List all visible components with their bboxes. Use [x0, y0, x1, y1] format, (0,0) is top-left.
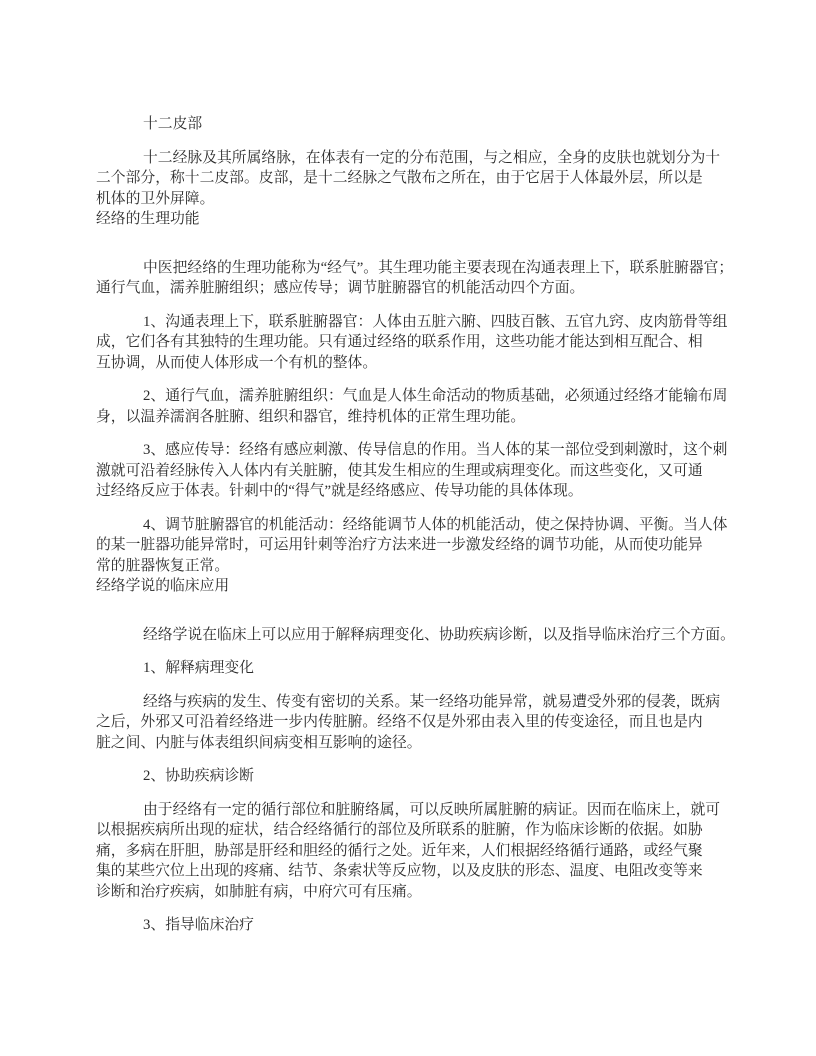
text-line: 以根据疾病所出现的症状，结合经络循行的部位及所联系的脏腑，作为临床诊断的依据。如… — [96, 820, 720, 841]
paragraph: 2、通行气血，濡养脏腑组织：气血是人体生命活动的物质基础，必须通过经络才能输布周… — [96, 386, 720, 427]
paragraph: 中医把经络的生理功能称为“经气”。其生理功能主要表现在沟通表理上下，联系脏腑器官… — [96, 258, 720, 299]
text-line: 由于经络有一定的循行部位和脏腑络属，可以反映所属脏腑的病证。因而在临床上，就可 — [96, 800, 720, 821]
text-line: 十二皮部 — [96, 114, 720, 135]
text-line: 经络的生理功能 — [96, 209, 720, 230]
text-line: 中医把经络的生理功能称为“经气”。其生理功能主要表现在沟通表理上下，联系脏腑器官… — [96, 258, 720, 279]
text-line: 的某一脏器功能异常时，可运用针刺等治疗方法来进一步激发经络的调节功能，从而使功能… — [96, 535, 720, 556]
section-heading: 经络学说的临床应用 — [96, 576, 720, 597]
text-line: 经络学说的临床应用 — [96, 576, 720, 597]
text-line: 互协调，从而使人体形成一个有机的整体。 — [96, 353, 720, 374]
text-line: 1、解释病理变化 — [96, 658, 720, 679]
paragraph: 3、指导临床治疗 — [96, 915, 720, 936]
text-line: 激就可沿着经脉传入人体内有关脏腑，使其发生相应的生理或病理变化。而这些变化，又可… — [96, 461, 720, 482]
text-line: 二个部分，称十二皮部。皮部，是十二经脉之气散布之所在，由于它居于人体最外层，所以… — [96, 168, 720, 189]
document-page: 十二皮部十二经脉及其所属络脉，在体表有一定的分布范围，与之相应，全身的皮肤也就划… — [0, 0, 816, 1056]
paragraph: 经络学说在临床上可以应用于解释病理变化、协助疾病诊断，以及指导临床治疗三个方面。 — [96, 625, 720, 646]
document-body: 十二皮部十二经脉及其所属络脉，在体表有一定的分布范围，与之相应，全身的皮肤也就划… — [96, 114, 720, 936]
section-heading: 经络的生理功能 — [96, 209, 720, 230]
text-line: 经络与疾病的发生、传变有密切的关系。某一经络功能异常，就易遭受外邪的侵袭，既病 — [96, 692, 720, 713]
document-title: 十二皮部 — [96, 114, 720, 135]
text-line: 身，以温养濡润各脏腑、组织和器官，维持机体的正常生理功能。 — [96, 407, 720, 428]
text-line: 之后，外邪又可沿着经络进一步内传脏腑。经络不仅是外邪由表入里的传变途径，而且也是… — [96, 712, 720, 733]
paragraph: 由于经络有一定的循行部位和脏腑络属，可以反映所属脏腑的病证。因而在临床上，就可以… — [96, 800, 720, 903]
paragraph: 十二经脉及其所属络脉，在体表有一定的分布范围，与之相应，全身的皮肤也就划分为十二… — [96, 148, 720, 210]
text-line: 脏之间、内脏与体表组织间病变相互影响的途径。 — [96, 733, 720, 754]
text-line: 机体的卫外屏障。 — [96, 189, 720, 210]
text-line: 经络学说在临床上可以应用于解释病理变化、协助疾病诊断，以及指导临床治疗三个方面。 — [96, 625, 720, 646]
text-line: 2、通行气血，濡养脏腑组织：气血是人体生命活动的物质基础，必须通过经络才能输布周 — [96, 386, 720, 407]
text-line: 2、协助疾病诊断 — [96, 766, 720, 787]
text-line: 3、指导临床治疗 — [96, 915, 720, 936]
text-line: 成，它们各有其独特的生理功能。只有通过经络的联系作用，这些功能才能达到相互配合、… — [96, 332, 720, 353]
paragraph: 3、感应传导：经络有感应刺激、传导信息的作用。当人体的某一部位受到刺激时，这个刺… — [96, 440, 720, 502]
paragraph: 经络与疾病的发生、传变有密切的关系。某一经络功能异常，就易遭受外邪的侵袭，既病之… — [96, 692, 720, 754]
paragraph: 1、解释病理变化 — [96, 658, 720, 679]
text-line: 集的某些穴位上出现的疼痛、结节、条索状等反应物，以及皮肤的形态、温度、电阻改变等… — [96, 861, 720, 882]
paragraph: 4、调节脏腑器官的机能活动：经络能调节人体的机能活动，使之保持协调、平衡。当人体… — [96, 515, 720, 577]
text-line: 1、沟通表理上下，联系脏腑器官：人体由五脏六腑、四肢百骸、五官九窍、皮肉筋骨等组 — [96, 312, 720, 333]
text-line: 十二经脉及其所属络脉，在体表有一定的分布范围，与之相应，全身的皮肤也就划分为十 — [96, 148, 720, 169]
text-line: 常的脏器恢复正常。 — [96, 556, 720, 577]
paragraph: 2、协助疾病诊断 — [96, 766, 720, 787]
text-line: 4、调节脏腑器官的机能活动：经络能调节人体的机能活动，使之保持协调、平衡。当人体 — [96, 515, 720, 536]
text-line: 诊断和治疗疾病，如肺脏有病，中府穴可有压痛。 — [96, 882, 720, 903]
text-line: 过经络反应于体表。针刺中的“得气”就是经络感应、传导功能的具体体现。 — [96, 481, 720, 502]
text-line: 痛，多病在肝胆，胁部是肝经和胆经的循行之处。近年来，人们根据经络循行通路，或经气… — [96, 841, 720, 862]
text-line: 通行气血，濡养脏腑组织；感应传导；调节脏腑器官的机能活动四个方面。 — [96, 278, 720, 299]
text-line: 3、感应传导：经络有感应刺激、传导信息的作用。当人体的某一部位受到刺激时，这个刺 — [96, 440, 720, 461]
paragraph: 1、沟通表理上下，联系脏腑器官：人体由五脏六腑、四肢百骸、五官九窍、皮肉筋骨等组… — [96, 312, 720, 374]
